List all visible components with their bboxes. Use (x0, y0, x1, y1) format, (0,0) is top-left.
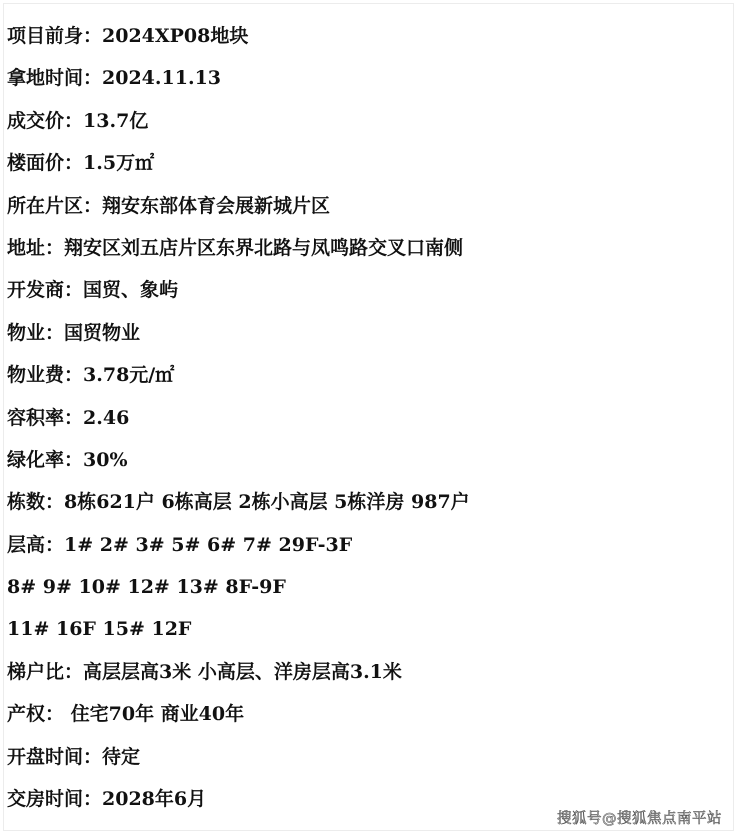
field-label: 成交价： (7, 107, 83, 135)
info-row-developer: 开发商：国贸、象屿 (7, 276, 727, 318)
field-value: 8栋621户 6栋高层 2栋小高层 5栋洋房 987户 (64, 488, 470, 516)
info-row-floor-height: 层高：1# 2# 3# 5# 6# 7# 29F-3F (7, 531, 727, 573)
project-info-list: 项目前身：2024XP08地块 拿地时间：2024.11.13 成交价：13.7… (7, 22, 727, 827)
field-label: 所在片区： (7, 192, 102, 220)
field-value: 2024.11.13 (102, 64, 221, 92)
field-label: 项目前身： (7, 22, 102, 50)
field-value: 1.5万㎡ (83, 149, 154, 177)
info-row-greening-rate: 绿化率：30% (7, 446, 727, 488)
info-row-floor-price: 楼面价：1.5万㎡ (7, 149, 727, 191)
field-value: 待定 (102, 743, 140, 771)
field-value: 国贸物业 (64, 319, 140, 347)
field-value: 住宅70年 商业40年 (64, 700, 244, 728)
info-row-plot-ratio: 容积率：2.46 (7, 404, 727, 446)
info-row-predecessor: 项目前身：2024XP08地块 (7, 22, 727, 64)
field-label: 开发商： (7, 276, 83, 304)
field-label: 地址： (7, 234, 64, 262)
field-value: 2.46 (83, 404, 129, 432)
info-row-property-rights: 产权： 住宅70年 商业40年 (7, 700, 727, 742)
info-row-transaction-price: 成交价：13.7亿 (7, 107, 727, 149)
info-row-land-acquisition-date: 拿地时间：2024.11.13 (7, 64, 727, 106)
info-row-floor-height-cont-1: 8# 9# 10# 12# 13# 8F-9F (7, 573, 727, 615)
field-value: 1# 2# 3# 5# 6# 7# 29F-3F (64, 531, 352, 559)
field-label: 容积率： (7, 404, 83, 432)
field-value: 翔安东部体育会展新城片区 (102, 192, 330, 220)
field-label: 开盘时间： (7, 743, 102, 771)
field-value: 2024XP08地块 (102, 22, 248, 50)
field-label: 物业： (7, 319, 64, 347)
field-label: 梯户比： (7, 658, 83, 686)
field-value: 30% (83, 446, 128, 474)
info-row-opening-date: 开盘时间：待定 (7, 743, 727, 785)
field-label: 物业费： (7, 361, 83, 389)
field-label: 交房时间： (7, 785, 102, 813)
info-row-elevator-ratio: 梯户比：高层层高3米 小高层、洋房层高3.1米 (7, 658, 727, 700)
info-row-building-count: 栋数：8栋621户 6栋高层 2栋小高层 5栋洋房 987户 (7, 488, 727, 530)
info-row-floor-height-cont-2: 11# 16F 15# 12F (7, 615, 727, 657)
field-value: 翔安区刘五店片区东界北路与凤鸣路交叉口南侧 (64, 234, 463, 262)
info-row-property-fee: 物业费：3.78元/㎡ (7, 361, 727, 403)
field-value: 高层层高3米 小高层、洋房层高3.1米 (83, 658, 402, 686)
info-row-address: 地址：翔安区刘五店片区东界北路与凤鸣路交叉口南侧 (7, 234, 727, 276)
field-label: 栋数： (7, 488, 64, 516)
field-value: 8# 9# 10# 12# 13# 8F-9F (7, 573, 286, 601)
info-row-district: 所在片区：翔安东部体育会展新城片区 (7, 192, 727, 234)
field-label: 楼面价： (7, 149, 83, 177)
field-label: 层高： (7, 531, 64, 559)
field-value: 11# 16F 15# 12F (7, 615, 191, 643)
field-value: 2028年6月 (102, 785, 206, 813)
field-label: 绿化率： (7, 446, 83, 474)
field-value: 国贸、象屿 (83, 276, 178, 304)
info-row-property-management: 物业：国贸物业 (7, 319, 727, 361)
field-value: 13.7亿 (83, 107, 148, 135)
field-label: 拿地时间： (7, 64, 102, 92)
field-value: 3.78元/㎡ (83, 361, 174, 389)
source-watermark: 搜狐号@搜狐焦点南平站 (557, 810, 722, 828)
field-label: 产权： (7, 700, 64, 728)
